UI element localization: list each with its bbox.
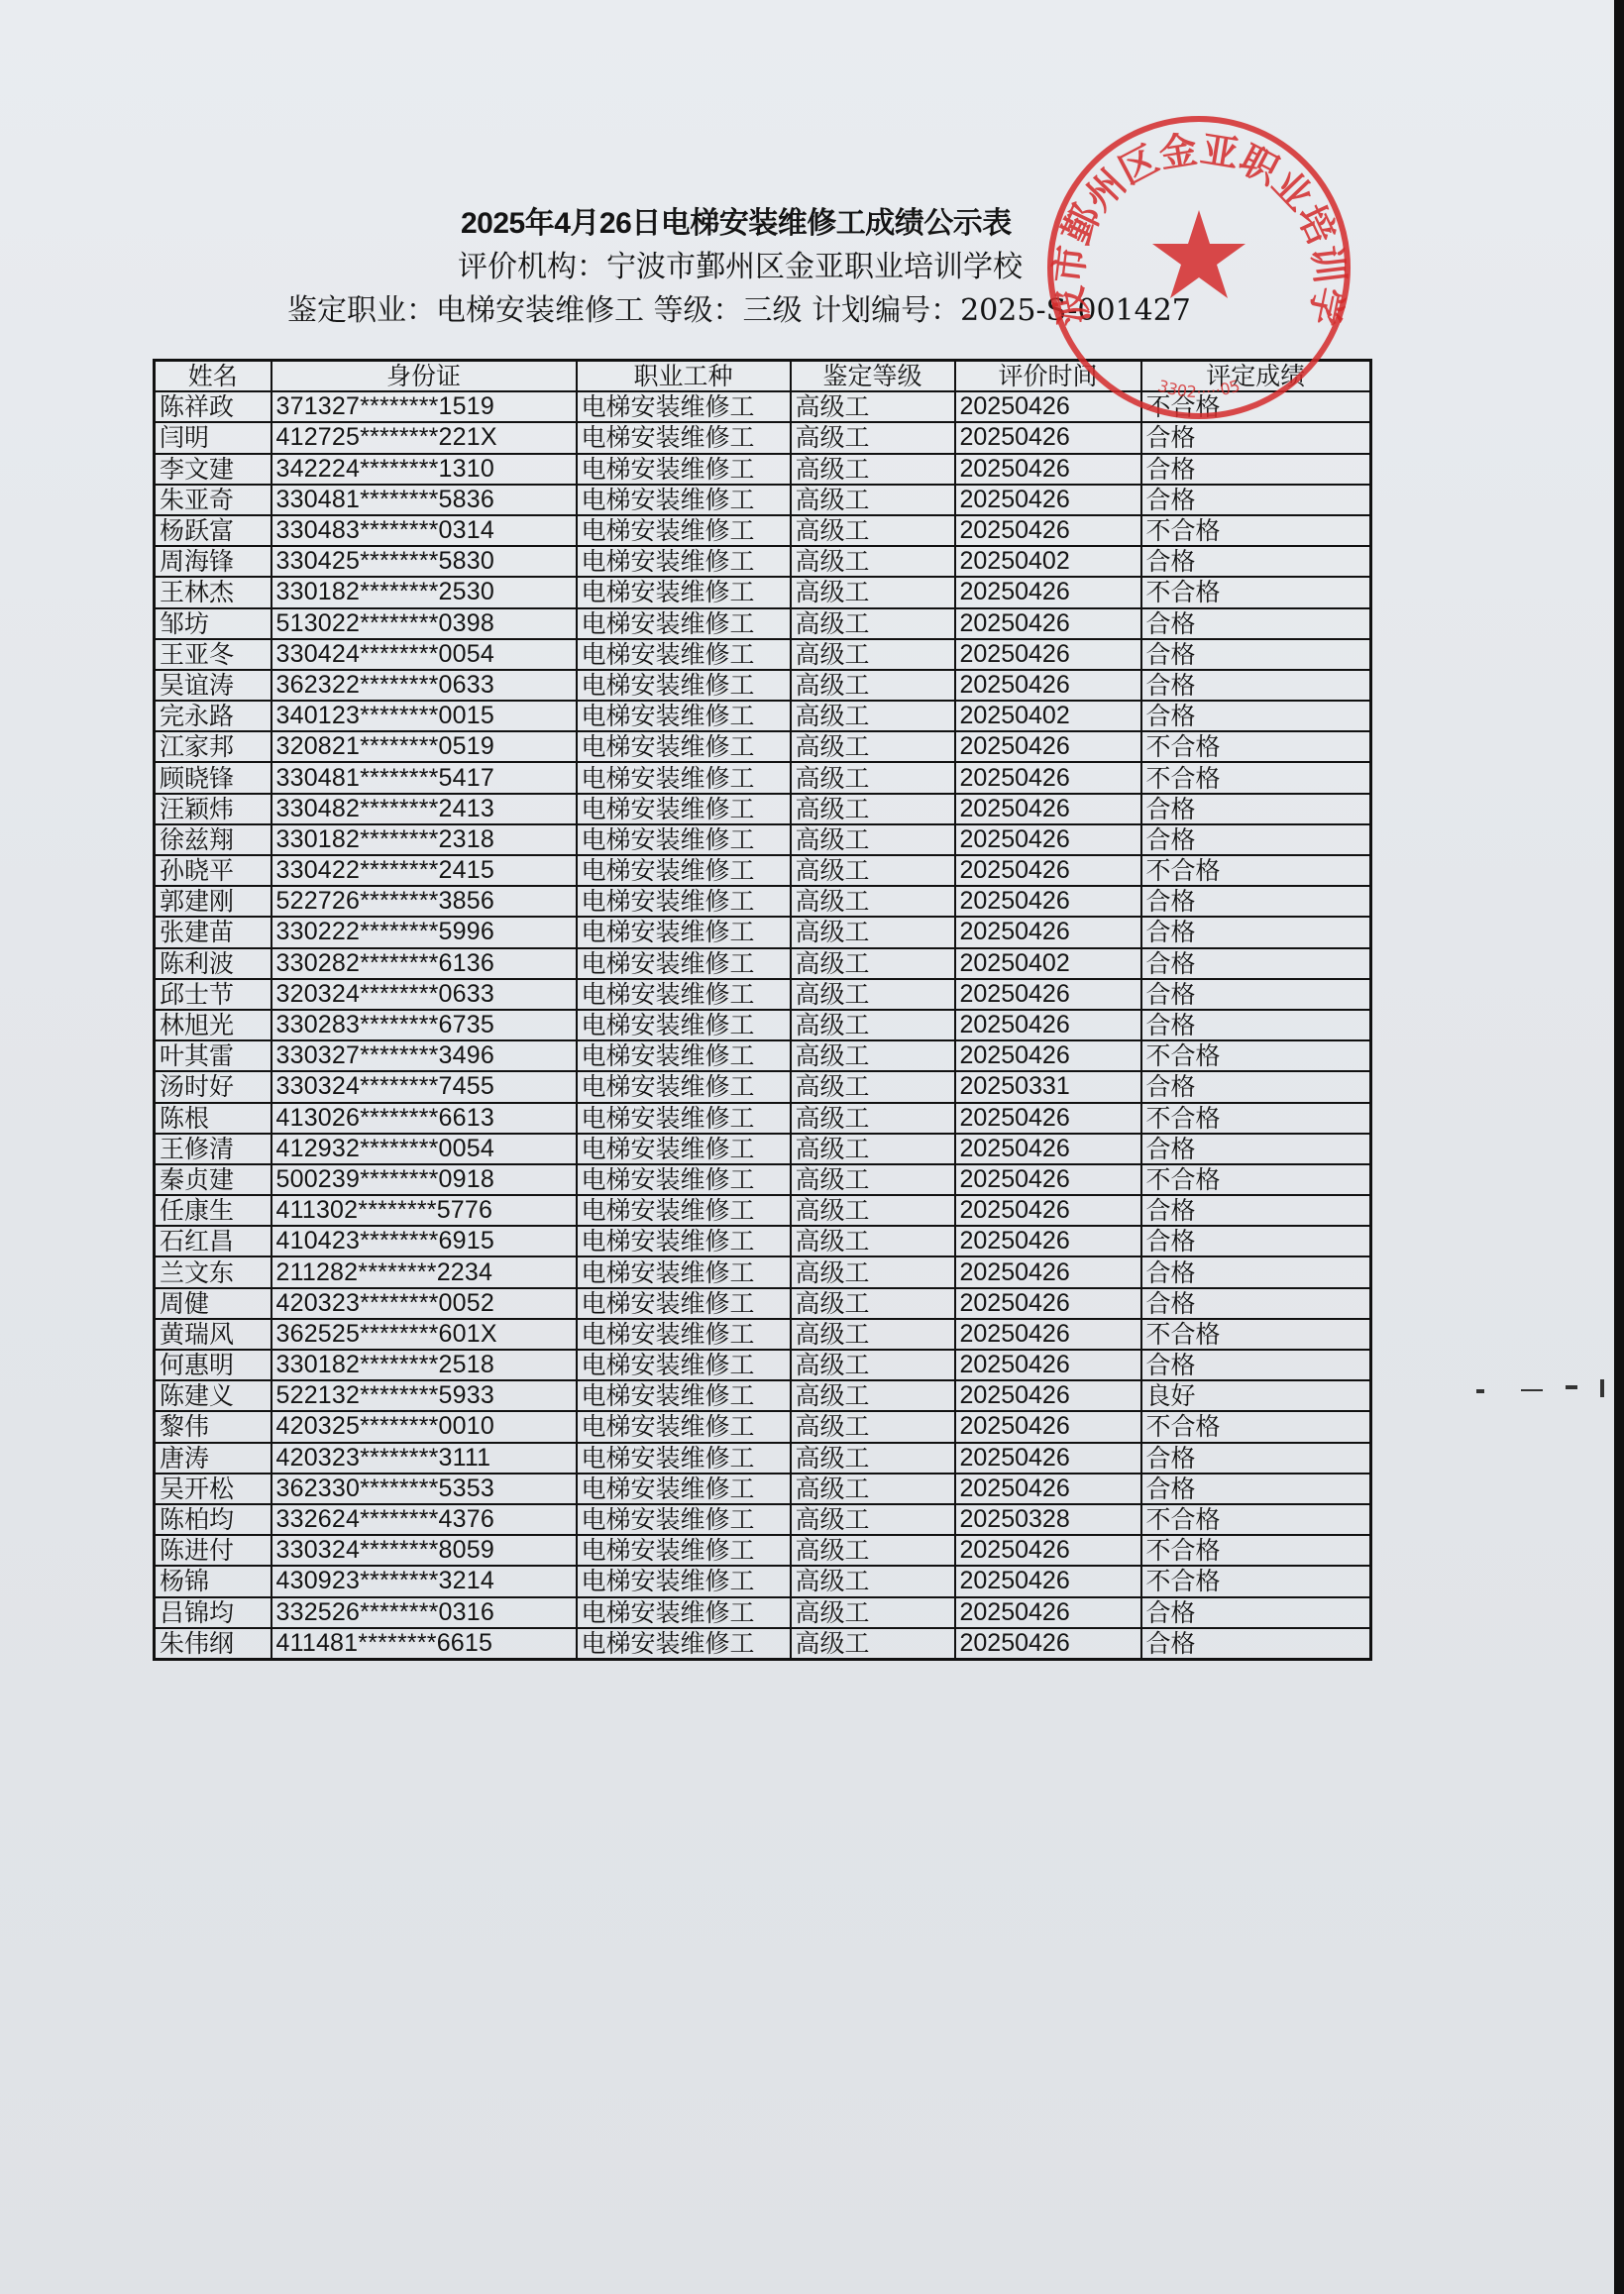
cell-level: 高级工 [791,515,955,546]
cell-id-number: 320324********0633 [271,979,577,1010]
cell-eval-date: 20250426 [955,1319,1141,1350]
cell-occupation: 电梯安装维修工 [577,1350,791,1380]
cell-eval-date: 20250426 [955,1628,1141,1660]
cell-name: 石红昌 [155,1226,271,1256]
table-row: 陈柏均332624********4376电梯安装维修工高级工20250328不… [155,1504,1371,1535]
cell-level: 高级工 [791,1443,955,1474]
cell-name: 杨锦 [155,1566,271,1596]
table-row: 张建苗330222********5996电梯安装维修工高级工20250426合… [155,917,1371,947]
table-row: 秦贞建500239********0918电梯安装维修工高级工20250426不… [155,1164,1371,1195]
cell-level: 高级工 [791,422,955,453]
cell-name: 孙晓平 [155,855,271,886]
cell-id-number: 330424********0054 [271,639,577,670]
level-value: 三级 [743,293,803,328]
cell-occupation: 电梯安装维修工 [577,577,791,607]
cell-occupation: 电梯安装维修工 [577,1226,791,1256]
cell-name: 朱亚奇 [155,485,271,515]
cell-eval-date: 20250426 [955,485,1141,515]
cell-level: 高级工 [791,1411,955,1442]
table-row: 朱伟纲411481********6615电梯安装维修工高级工20250426合… [155,1628,1371,1660]
table-row: 林旭光330283********6735电梯安装维修工高级工20250426合… [155,1010,1371,1040]
cell-result: 不合格 [1141,1319,1371,1350]
cell-name: 顾晓锋 [155,762,271,793]
plan-number: 2025-S-001427 [960,293,1191,328]
cell-name: 李文建 [155,454,271,485]
cell-eval-date: 20250426 [955,391,1141,422]
cell-occupation: 电梯安装维修工 [577,546,791,577]
cell-level: 高级工 [791,1380,955,1411]
cell-occupation: 电梯安装维修工 [577,515,791,546]
cell-occupation: 电梯安装维修工 [577,1288,791,1319]
cell-eval-date: 20250328 [955,1504,1141,1535]
cell-level: 高级工 [791,855,955,886]
org-label: 评价机构： [458,250,606,284]
cell-level: 高级工 [791,1256,955,1287]
cell-eval-date: 20250426 [955,1411,1141,1442]
cell-id-number: 500239********0918 [271,1164,577,1195]
table-row: 周健420323********0052电梯安装维修工高级工20250426合格 [155,1288,1371,1319]
cell-name: 邹坊 [155,608,271,639]
cell-level: 高级工 [791,1474,955,1504]
cell-result: 合格 [1141,1597,1371,1628]
cell-level: 高级工 [791,546,955,577]
cell-name: 周海锋 [155,546,271,577]
cell-eval-date: 20250426 [955,608,1141,639]
cell-result: 不合格 [1141,1535,1371,1566]
cell-occupation: 电梯安装维修工 [577,794,791,824]
cell-id-number: 330481********5836 [271,485,577,515]
cell-eval-date: 20250426 [955,1350,1141,1380]
cell-id-number: 330182********2318 [271,824,577,855]
cell-name: 王修清 [155,1134,271,1164]
cell-eval-date: 20250426 [955,1443,1141,1474]
results-table: 姓名身份证职业工种鉴定等级评价时间评定成绩 陈祥政371327********1… [153,359,1372,1661]
table-row: 黎伟420325********0010电梯安装维修工高级工20250426不合… [155,1411,1371,1442]
table-row: 何惠明330182********2518电梯安装维修工高级工20250426合… [155,1350,1371,1380]
cell-name: 完永路 [155,701,271,731]
cell-result: 合格 [1141,1474,1371,1504]
table-row: 黄瑞风362525********601X电梯安装维修工高级工20250426不… [155,1319,1371,1350]
cell-name: 唐涛 [155,1443,271,1474]
cell-level: 高级工 [791,1597,955,1628]
cell-id-number: 330283********6735 [271,1010,577,1040]
cell-name: 吴谊涛 [155,670,271,701]
cell-id-number: 362525********601X [271,1319,577,1350]
cell-eval-date: 20250426 [955,1195,1141,1226]
cell-id-number: 340123********0015 [271,701,577,731]
cell-occupation: 电梯安装维修工 [577,670,791,701]
cell-result: 合格 [1141,639,1371,670]
cell-name: 郭建刚 [155,886,271,917]
cell-name: 邱士节 [155,979,271,1010]
cell-eval-date: 20250426 [955,670,1141,701]
table-row: 石红昌410423********6915电梯安装维修工高级工20250426合… [155,1226,1371,1256]
cell-id-number: 330324********8059 [271,1535,577,1566]
header-level: 鉴定等级 [791,361,955,392]
table-row: 任康生411302********5776电梯安装维修工高级工20250426合… [155,1195,1371,1226]
cell-level: 高级工 [791,608,955,639]
cell-occupation: 电梯安装维修工 [577,1380,791,1411]
cell-result: 合格 [1141,454,1371,485]
cell-id-number: 411481********6615 [271,1628,577,1660]
cell-result: 合格 [1141,1010,1371,1040]
cell-eval-date: 20250426 [955,1010,1141,1040]
cell-result: 合格 [1141,670,1371,701]
cell-id-number: 330182********2518 [271,1350,577,1380]
table-row: 陈进付330324********8059电梯安装维修工高级工20250426不… [155,1535,1371,1566]
cell-id-number: 320821********0519 [271,731,577,762]
cell-name: 陈利波 [155,948,271,979]
cell-name: 吕锦均 [155,1597,271,1628]
document-title: 2025年4月26日电梯安装维修工成绩公示表 [461,198,1012,242]
cell-eval-date: 20250426 [955,1164,1141,1195]
cell-level: 高级工 [791,731,955,762]
cell-eval-date: 20250426 [955,762,1141,793]
cell-eval-date: 20250426 [955,1103,1141,1134]
cell-eval-date: 20250426 [955,1474,1141,1504]
cell-occupation: 电梯安装维修工 [577,701,791,731]
cell-name: 任康生 [155,1195,271,1226]
cell-name: 陈柏均 [155,1504,271,1535]
header-occupation: 职业工种 [577,361,791,392]
page-edge-shadow [1614,0,1624,2294]
cell-result: 不合格 [1141,1164,1371,1195]
cell-eval-date: 20250426 [955,1380,1141,1411]
cell-occupation: 电梯安装维修工 [577,886,791,917]
cell-id-number: 420323********0052 [271,1288,577,1319]
cell-occupation: 电梯安装维修工 [577,1040,791,1071]
cell-occupation: 电梯安装维修工 [577,1628,791,1660]
cell-name: 朱伟纲 [155,1628,271,1660]
cell-id-number: 412932********0054 [271,1134,577,1164]
table-row: 李文建342224********1310电梯安装维修工高级工20250426合… [155,454,1371,485]
cell-name: 黄瑞风 [155,1319,271,1350]
cell-occupation: 电梯安装维修工 [577,979,791,1010]
cell-result: 不合格 [1141,1504,1371,1535]
table-row: 陈根413026********6613电梯安装维修工高级工20250426不合… [155,1103,1371,1134]
cell-occupation: 电梯安装维修工 [577,639,791,670]
table-row: 陈利波330282********6136电梯安装维修工高级工20250402合… [155,948,1371,979]
cell-id-number: 330481********5417 [271,762,577,793]
cell-result: 不合格 [1141,515,1371,546]
cell-eval-date: 20250402 [955,546,1141,577]
cell-occupation: 电梯安装维修工 [577,485,791,515]
cell-name: 何惠明 [155,1350,271,1380]
table-row: 兰文东211282********2234电梯安装维修工高级工20250426合… [155,1256,1371,1287]
cell-name: 陈根 [155,1103,271,1134]
cell-result: 合格 [1141,485,1371,515]
level-label: 等级： [654,293,743,328]
cell-occupation: 电梯安装维修工 [577,454,791,485]
cell-name: 王林杰 [155,577,271,607]
cell-eval-date: 20250426 [955,886,1141,917]
cell-name: 陈进付 [155,1535,271,1566]
table-row: 吴开松362330********5353电梯安装维修工高级工20250426合… [155,1474,1371,1504]
cell-id-number: 330483********0314 [271,515,577,546]
cell-id-number: 342224********1310 [271,454,577,485]
cell-level: 高级工 [791,1535,955,1566]
cell-name: 王亚冬 [155,639,271,670]
cell-eval-date: 20250426 [955,824,1141,855]
cell-result: 不合格 [1141,391,1371,422]
table-header-row: 姓名身份证职业工种鉴定等级评价时间评定成绩 [155,361,1371,392]
cell-result: 合格 [1141,1628,1371,1660]
cell-level: 高级工 [791,1504,955,1535]
table-row: 王林杰330182********2530电梯安装维修工高级工20250426不… [155,577,1371,607]
cell-occupation: 电梯安装维修工 [577,1566,791,1596]
header-result: 评定成绩 [1141,361,1371,392]
cell-name: 杨跃富 [155,515,271,546]
table-row: 王修清412932********0054电梯安装维修工高级工20250426合… [155,1134,1371,1164]
cell-result: 不合格 [1141,762,1371,793]
cell-eval-date: 20250426 [955,577,1141,607]
cell-occupation: 电梯安装维修工 [577,731,791,762]
cell-name: 兰文东 [155,1256,271,1287]
table-row: 杨跃富330483********0314电梯安装维修工高级工20250426不… [155,515,1371,546]
cell-result: 不合格 [1141,855,1371,886]
cell-level: 高级工 [791,701,955,731]
cell-result: 不合格 [1141,1411,1371,1442]
cell-eval-date: 20250426 [955,639,1141,670]
cell-id-number: 412725********221X [271,422,577,453]
cell-occupation: 电梯安装维修工 [577,1071,791,1102]
cell-level: 高级工 [791,1134,955,1164]
table-row: 周海锋330425********5830电梯安装维修工高级工20250402合… [155,546,1371,577]
cell-name: 秦贞建 [155,1164,271,1195]
cell-name: 陈建义 [155,1380,271,1411]
cell-eval-date: 20250402 [955,701,1141,731]
cell-occupation: 电梯安装维修工 [577,391,791,422]
cell-id-number: 211282********2234 [271,1256,577,1287]
cell-level: 高级工 [791,391,955,422]
cell-occupation: 电梯安装维修工 [577,1443,791,1474]
cell-result: 合格 [1141,546,1371,577]
table-body: 陈祥政371327********1519电梯安装维修工高级工20250426不… [155,391,1371,1659]
cell-occupation: 电梯安装维修工 [577,1164,791,1195]
cell-id-number: 371327********1519 [271,391,577,422]
cell-name: 徐兹翔 [155,824,271,855]
cell-eval-date: 20250426 [955,1288,1141,1319]
cell-occupation: 电梯安装维修工 [577,422,791,453]
cell-eval-date: 20250426 [955,979,1141,1010]
cell-eval-date: 20250426 [955,515,1141,546]
cell-level: 高级工 [791,577,955,607]
cell-level: 高级工 [791,670,955,701]
cell-occupation: 电梯安装维修工 [577,762,791,793]
cell-eval-date: 20250426 [955,1597,1141,1628]
table-row: 汪颖炜330482********2413电梯安装维修工高级工20250426合… [155,794,1371,824]
cell-result: 合格 [1141,1071,1371,1102]
table-row: 王亚冬330424********0054电梯安装维修工高级工20250426合… [155,639,1371,670]
cell-result: 不合格 [1141,1566,1371,1596]
cell-result: 合格 [1141,794,1371,824]
header-name: 姓名 [155,361,271,392]
cell-level: 高级工 [791,1226,955,1256]
cell-level: 高级工 [791,454,955,485]
cell-result: 合格 [1141,1350,1371,1380]
cell-name: 江家邦 [155,731,271,762]
cell-eval-date: 20250426 [955,1256,1141,1287]
cell-id-number: 430923********3214 [271,1566,577,1596]
cell-id-number: 330482********2413 [271,794,577,824]
cell-level: 高级工 [791,1319,955,1350]
cell-result: 不合格 [1141,731,1371,762]
table-row: 邱士节320324********0633电梯安装维修工高级工20250426合… [155,979,1371,1010]
cell-level: 高级工 [791,639,955,670]
cell-result: 不合格 [1141,1103,1371,1134]
table-row: 汤时好330324********7455电梯安装维修工高级工20250331合… [155,1071,1371,1102]
table-row: 朱亚奇330481********5836电梯安装维修工高级工20250426合… [155,485,1371,515]
cell-id-number: 330425********5830 [271,546,577,577]
table-row: 陈建义522132********5933电梯安装维修工高级工20250426良… [155,1380,1371,1411]
cell-name: 吴开松 [155,1474,271,1504]
cell-id-number: 522726********3856 [271,886,577,917]
cell-level: 高级工 [791,979,955,1010]
cell-eval-date: 20250426 [955,422,1141,453]
cell-level: 高级工 [791,824,955,855]
cell-id-number: 410423********6915 [271,1226,577,1256]
cell-level: 高级工 [791,1103,955,1134]
cell-id-number: 413026********6613 [271,1103,577,1134]
cell-id-number: 513022********0398 [271,608,577,639]
cell-occupation: 电梯安装维修工 [577,1597,791,1628]
cell-id-number: 420323********3111 [271,1443,577,1474]
table-row: 闫明412725********221X电梯安装维修工高级工20250426合格 [155,422,1371,453]
cell-occupation: 电梯安装维修工 [577,1195,791,1226]
cell-name: 叶其雷 [155,1040,271,1071]
cell-eval-date: 20250426 [955,1535,1141,1566]
cell-result: 不合格 [1141,1040,1371,1071]
table-row: 郭建刚522726********3856电梯安装维修工高级工20250426合… [155,886,1371,917]
cell-result: 合格 [1141,1288,1371,1319]
cell-result: 不合格 [1141,577,1371,607]
table-row: 陈祥政371327********1519电梯安装维修工高级工20250426不… [155,391,1371,422]
cell-occupation: 电梯安装维修工 [577,1535,791,1566]
cell-level: 高级工 [791,948,955,979]
cell-level: 高级工 [791,1628,955,1660]
cell-id-number: 330222********5996 [271,917,577,947]
cell-occupation: 电梯安装维修工 [577,1103,791,1134]
cell-result: 合格 [1141,979,1371,1010]
cell-occupation: 电梯安装维修工 [577,1474,791,1504]
cell-eval-date: 20250426 [955,1134,1141,1164]
cell-level: 高级工 [791,762,955,793]
cell-id-number: 330282********6136 [271,948,577,979]
cell-name: 周健 [155,1288,271,1319]
cell-eval-date: 20250426 [955,731,1141,762]
cell-id-number: 362330********5353 [271,1474,577,1504]
evaluation-organization: 评价机构：宁波市鄞州区金亚职业培训学校 [458,242,1023,285]
cell-name: 张建苗 [155,917,271,947]
cell-id-number: 330422********2415 [271,855,577,886]
table-row: 江家邦320821********0519电梯安装维修工高级工20250426不… [155,731,1371,762]
cell-level: 高级工 [791,794,955,824]
cell-eval-date: 20250402 [955,948,1141,979]
cell-occupation: 电梯安装维修工 [577,1504,791,1535]
cell-occupation: 电梯安装维修工 [577,855,791,886]
scan-artifacts [1466,1377,1615,1407]
cell-id-number: 420325********0010 [271,1411,577,1442]
cell-id-number: 522132********5933 [271,1380,577,1411]
cell-name: 黎伟 [155,1411,271,1442]
table-row: 徐兹翔330182********2318电梯安装维修工高级工20250426合… [155,824,1371,855]
cell-occupation: 电梯安装维修工 [577,1134,791,1164]
cell-result: 合格 [1141,1443,1371,1474]
cell-occupation: 电梯安装维修工 [577,917,791,947]
cell-name: 闫明 [155,422,271,453]
cell-eval-date: 20250426 [955,1566,1141,1596]
cell-occupation: 电梯安装维修工 [577,1319,791,1350]
cell-occupation: 电梯安装维修工 [577,1256,791,1287]
cell-level: 高级工 [791,1195,955,1226]
cell-eval-date: 20250426 [955,1040,1141,1071]
cell-level: 高级工 [791,1566,955,1596]
occupation-value: 电梯安装维修工 [436,293,644,328]
cell-occupation: 电梯安装维修工 [577,608,791,639]
occupation-label: 鉴定职业： [287,293,436,328]
plan-label: 计划编号： [812,293,960,328]
org-name: 宁波市鄞州区金亚职业培训学校 [606,250,1023,284]
table-row: 邹坊513022********0398电梯安装维修工高级工20250426合格 [155,608,1371,639]
cell-level: 高级工 [791,917,955,947]
cell-occupation: 电梯安装维修工 [577,1010,791,1040]
table-row: 叶其雷330327********3496电梯安装维修工高级工20250426不… [155,1040,1371,1071]
cell-result: 合格 [1141,886,1371,917]
header-id-number: 身份证 [271,361,577,392]
cell-level: 高级工 [791,485,955,515]
cell-id-number: 330327********3496 [271,1040,577,1071]
cell-eval-date: 20250426 [955,917,1141,947]
cell-occupation: 电梯安装维修工 [577,824,791,855]
table-row: 唐涛420323********3111电梯安装维修工高级工20250426合格 [155,1443,1371,1474]
table-row: 杨锦430923********3214电梯安装维修工高级工20250426不合… [155,1566,1371,1596]
cell-eval-date: 20250331 [955,1071,1141,1102]
cell-id-number: 330182********2530 [271,577,577,607]
cell-result: 合格 [1141,1226,1371,1256]
cell-result: 合格 [1141,422,1371,453]
table-row: 孙晓平330422********2415电梯安装维修工高级工20250426不… [155,855,1371,886]
cell-name: 林旭光 [155,1010,271,1040]
document-meta: 鉴定职业：电梯安装维修工 等级：三级 计划编号：2025-S-001427 [287,285,1191,329]
table-row: 吕锦均332526********0316电梯安装维修工高级工20250426合… [155,1597,1371,1628]
cell-id-number: 362322********0633 [271,670,577,701]
table-row: 完永路340123********0015电梯安装维修工高级工20250402合… [155,701,1371,731]
cell-level: 高级工 [791,886,955,917]
table-row: 顾晓锋330481********5417电梯安装维修工高级工20250426不… [155,762,1371,793]
cell-occupation: 电梯安装维修工 [577,948,791,979]
cell-id-number: 330324********7455 [271,1071,577,1102]
cell-occupation: 电梯安装维修工 [577,1411,791,1442]
cell-id-number: 411302********5776 [271,1195,577,1226]
cell-eval-date: 20250426 [955,454,1141,485]
cell-name: 陈祥政 [155,391,271,422]
cell-level: 高级工 [791,1040,955,1071]
cell-result: 合格 [1141,1134,1371,1164]
cell-level: 高级工 [791,1010,955,1040]
header-eval-date: 评价时间 [955,361,1141,392]
cell-result: 合格 [1141,917,1371,947]
cell-name: 汪颖炜 [155,794,271,824]
cell-level: 高级工 [791,1071,955,1102]
cell-name: 汤时好 [155,1071,271,1102]
cell-result: 良好 [1141,1380,1371,1411]
cell-level: 高级工 [791,1164,955,1195]
cell-id-number: 332526********0316 [271,1597,577,1628]
cell-eval-date: 20250426 [955,1226,1141,1256]
cell-result: 合格 [1141,824,1371,855]
cell-eval-date: 20250426 [955,794,1141,824]
cell-result: 合格 [1141,1195,1371,1226]
